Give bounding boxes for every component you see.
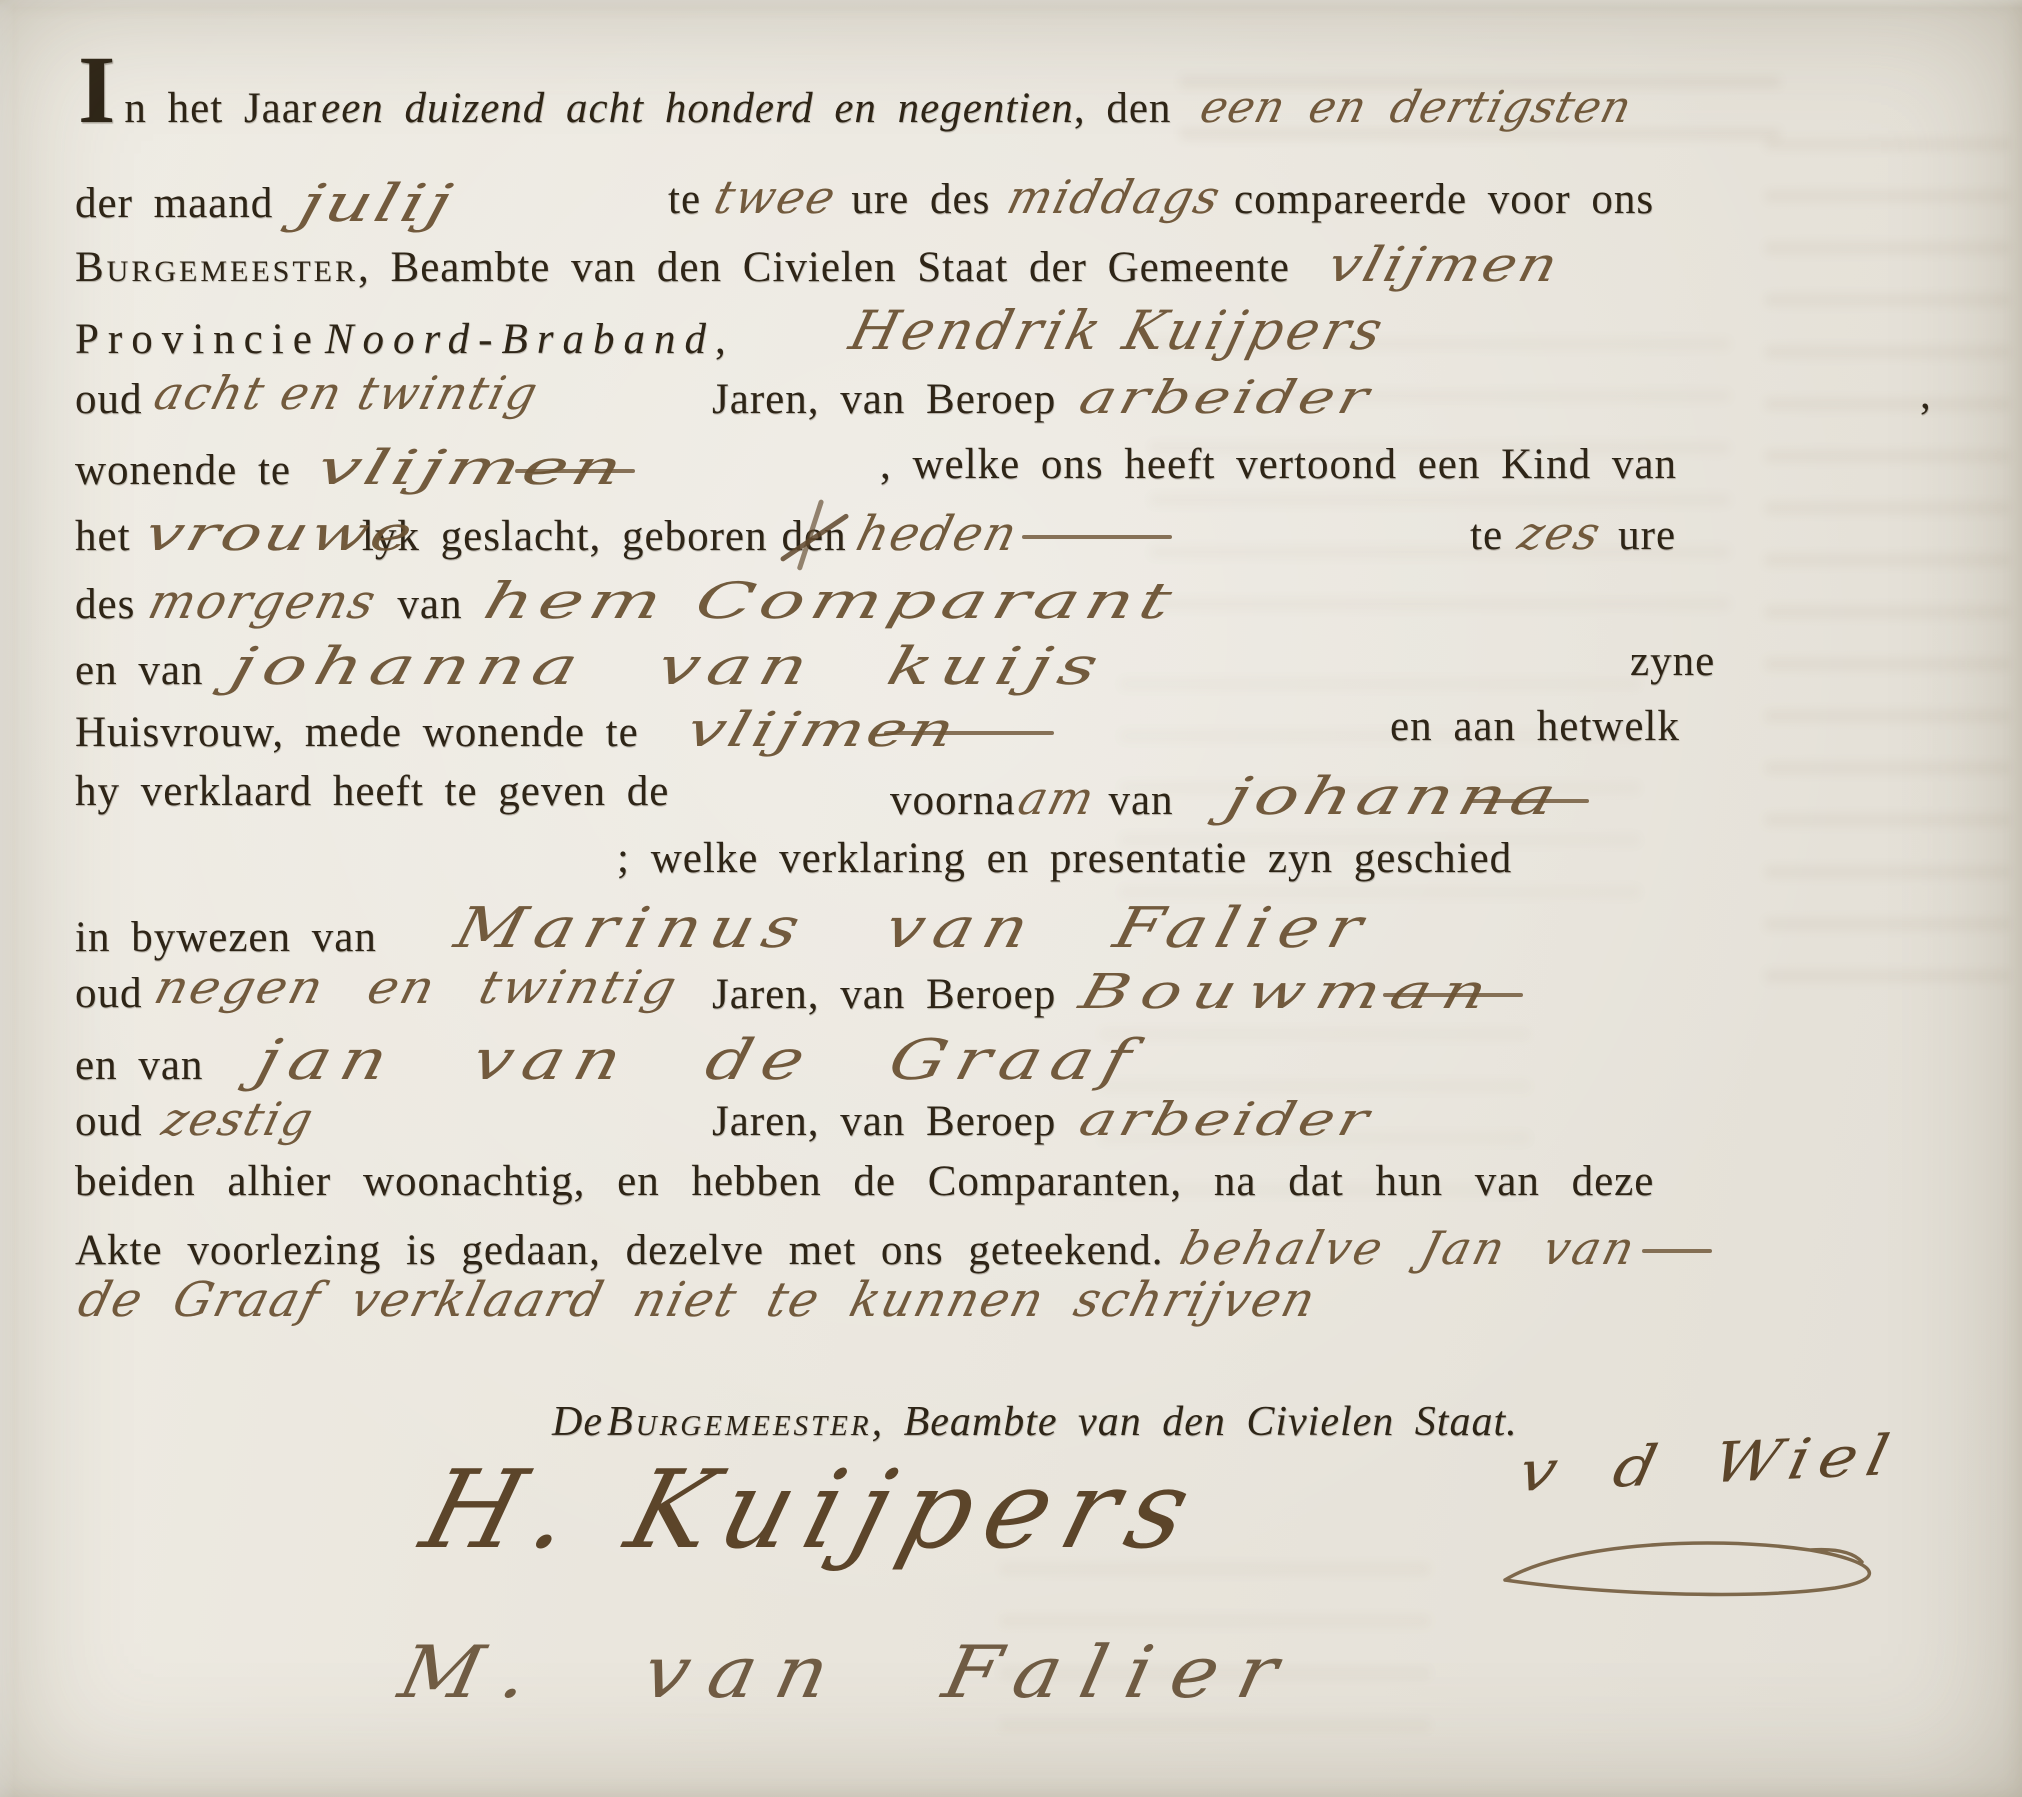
- printed-text: , welke ons heeft vertoond een Kind van: [880, 441, 1677, 488]
- handwritten-hour: twee: [709, 170, 843, 224]
- ink-filler-dash: [1469, 799, 1589, 803]
- printed-text: Jaren, van Beroep: [712, 971, 1056, 1018]
- handwritten-sex: vrouwe: [138, 506, 420, 562]
- printed-text: n het Jaar: [124, 85, 317, 132]
- handwritten-mother-name: johanna van kuijs: [225, 637, 1113, 697]
- handwritten-child-name: johanna: [1219, 767, 1567, 827]
- printed-text: te: [1470, 512, 1503, 559]
- printed-text: ure des: [851, 176, 990, 223]
- signature-declarant: H. Kuijpers: [410, 1448, 1216, 1573]
- printed-text: Burgemeester: [607, 1399, 872, 1445]
- birth-certificate-document: In het Jaar een duizend acht honderd en …: [0, 0, 2022, 1797]
- printed-text: een duizend acht honderd en negentien: [321, 85, 1074, 132]
- handwritten-birthdate: heden: [850, 506, 1023, 562]
- printed-text: , den: [1074, 85, 1172, 132]
- handwritten-municipality: vlijmen: [1322, 237, 1566, 293]
- printed-text: des: [75, 581, 135, 628]
- printed-text: Jaren, van Beroep: [712, 376, 1056, 423]
- signature-witness: M. van Falier: [392, 1630, 1305, 1714]
- printed-text: Burgemeester: [75, 244, 358, 291]
- printed-text: Noord-Braband: [325, 316, 715, 363]
- printed-text: ,: [1920, 371, 1932, 418]
- printed-text: ; welke verklaring en presentatie zyn ge…: [617, 835, 1512, 882]
- printed-text: beiden alhier woonachtig, en hebben de C…: [75, 1158, 1654, 1205]
- printed-text: wonende te: [75, 447, 291, 494]
- handwritten-occupation: arbeider: [1074, 1092, 1378, 1146]
- printed-text: lyk geslacht, geboren: [362, 513, 768, 560]
- handwritten-residence: vlijmen: [681, 702, 963, 758]
- printed-text: De: [552, 1399, 603, 1445]
- printed-text: voorna: [890, 777, 1015, 824]
- dropcap-initial: I: [78, 36, 116, 143]
- printed-text: der maand: [75, 180, 273, 227]
- printed-text: ure: [1618, 512, 1676, 559]
- printed-text: Jaren, van Beroep: [712, 1098, 1056, 1145]
- ink-filler-dash: [515, 469, 635, 473]
- handwritten-note: behalve Jan van: [1175, 1221, 1643, 1275]
- handwritten-age: acht en twintig: [148, 366, 544, 420]
- handwritten-birth-hour: zes: [1513, 506, 1608, 560]
- printed-text: oud: [75, 376, 143, 423]
- printed-text: , Beambte van den Civielen Staat.: [872, 1399, 1518, 1445]
- printed-text: compareerde voor ons: [1234, 176, 1654, 223]
- printed-text: oud: [75, 1098, 143, 1145]
- printed-text: Akte voorlezing is gedaan, dezelve met o…: [75, 1227, 1163, 1274]
- handwritten-witness2-name: jan van de Graaf: [250, 1028, 1148, 1093]
- handwritten-note: de Graaf verklaard niet te kunnen schrij…: [73, 1272, 1323, 1328]
- ink-filler-dash: [884, 731, 1054, 735]
- handwritten-month: julij: [293, 174, 461, 234]
- printed-text: te: [668, 176, 701, 223]
- handwritten-declarant-name: Hendrik Kuijpers: [843, 299, 1392, 362]
- handwritten-age: negen en twintig: [148, 960, 683, 1014]
- signature-flourish: [1490, 1528, 1920, 1618]
- handwritten-daypart: middags: [1002, 170, 1227, 224]
- scan-edge: [0, 0, 14, 1797]
- printed-text: en van: [75, 647, 203, 694]
- printed-text: , Beambte van den Civielen Staat der Gem…: [358, 244, 1290, 291]
- printed-text-struck: den: [782, 512, 847, 561]
- handwritten-day: een en dertigsten: [1195, 82, 1637, 133]
- printed-text: en aan hetwelk: [1390, 703, 1680, 750]
- handwritten-age: zestig: [156, 1092, 319, 1146]
- handwritten-residence: vlijmen: [311, 440, 631, 496]
- handwritten-occupation: arbeider: [1074, 370, 1378, 424]
- ink-filler-dash: [1642, 1249, 1712, 1253]
- printed-text: Provincie: [75, 316, 321, 363]
- signature-official: v d Wiel: [1513, 1423, 1904, 1505]
- handwritten-witness1-name: Marinus van Falier: [448, 896, 1378, 961]
- printed-text: in bywezen van: [75, 914, 377, 961]
- handwritten-suffix: am: [1013, 771, 1102, 825]
- handwritten-occupation: Bouwman: [1074, 964, 1504, 1020]
- printed-text: hy verklaard heeft te geven de: [75, 768, 669, 815]
- printed-text: Huisvrouw, mede wonende te: [75, 709, 639, 756]
- printed-text: het: [75, 513, 131, 560]
- printed-text: van: [1108, 777, 1173, 824]
- printed-text: en van: [75, 1042, 203, 1089]
- ink-bleedthrough: [1765, 120, 2010, 1020]
- handwritten-father: hem Comparant: [478, 572, 1184, 630]
- printed-text: van: [397, 581, 462, 628]
- printed-text: oud: [75, 970, 143, 1017]
- ink-filler-dash: [1383, 993, 1523, 997]
- printed-text: zyne: [1630, 638, 1715, 685]
- printed-text: ,: [715, 316, 727, 363]
- handwritten-daypart: morgens: [143, 574, 383, 630]
- scan-edge: [0, 0, 2022, 8]
- ink-filler-dash: [1022, 535, 1172, 539]
